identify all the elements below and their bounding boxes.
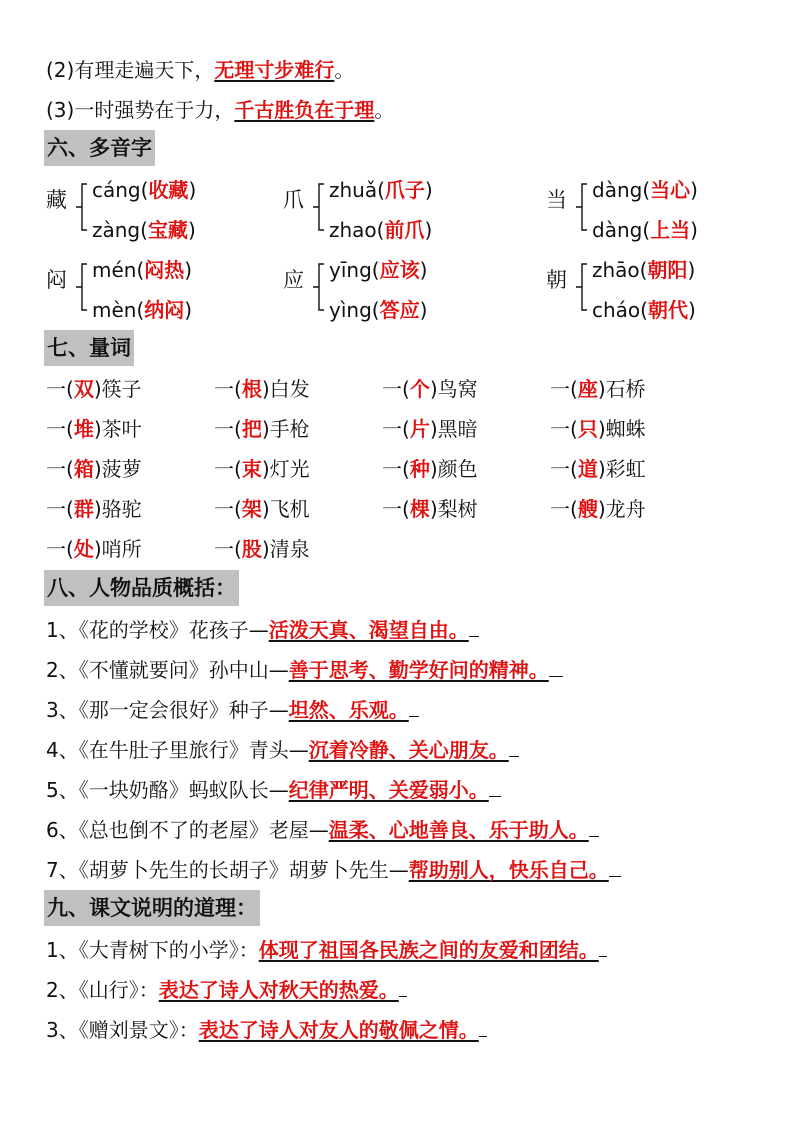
measure-word: 根 <box>242 377 262 401</box>
proverb-answer: 千古胜负在于理 <box>234 98 374 122</box>
brace-icon <box>576 182 586 234</box>
trait-item: 5、《一块奶酪》蚂蚁队长—纪律严明、关爱弱小。 <box>46 776 501 804</box>
reading-1: cáng(收藏) <box>92 176 196 204</box>
measure-word: 处 <box>74 537 94 561</box>
proverb-line-3: (3)一时强势在于力，千古胜负在于理。 <box>46 96 394 124</box>
book-title: 《花的学校》 <box>79 618 189 642</box>
section-heading-polyphones: 六、多音字 <box>44 130 155 166</box>
polyphone-item: 应yīng(应该)yìng(答应) <box>283 256 513 326</box>
brace-icon <box>576 262 586 314</box>
proverb-answer: 无理寸步难行 <box>214 58 334 82</box>
measure-word: 只 <box>578 417 598 441</box>
reading-1: dàng(当心) <box>592 176 698 204</box>
measure-word: 束 <box>242 457 262 481</box>
lesson-answer: 表达了诗人对秋天的热爱。 <box>159 978 399 1002</box>
trait-item: 2、《不懂就要问》孙中山—善于思考、勤学好问的精神。 <box>46 656 563 684</box>
reading-1: yīng(应该) <box>329 256 427 284</box>
trait-answer: 帮助别人，快乐自己。 <box>409 858 609 882</box>
measure-word-item: 一(处)哨所 <box>46 535 142 563</box>
measure-word-item: 一(只)蜘蛛 <box>550 415 646 443</box>
reading-1: zhāo(朝阳) <box>592 256 695 284</box>
book-title: 《胡萝卜先生的长胡子》 <box>79 858 289 882</box>
polyphone-item: 藏cáng(收藏)zàng(宝藏) <box>46 176 276 246</box>
brace-icon <box>76 182 86 234</box>
book-title: 《总也倒不了的老屋》 <box>79 818 269 842</box>
proverb-label: (3) <box>46 98 74 122</box>
reading-2: zhao(前爪) <box>329 216 432 244</box>
polyphone-char: 闷 <box>46 264 67 294</box>
book-title: 《在牛肚子里旅行》 <box>79 738 249 762</box>
lesson-item: 3、《赠刘景文》：表达了诗人对友人的敬佩之情。 <box>46 1016 487 1044</box>
polyphone-char: 藏 <box>46 184 67 214</box>
measure-word: 艘 <box>578 497 598 521</box>
polyphone-char: 应 <box>283 264 304 294</box>
trait-item: 4、《在牛肚子里旅行》青头—沉着冷静、关心朋友。 <box>46 736 519 764</box>
polyphone-char: 爪 <box>283 184 304 214</box>
measure-word: 双 <box>74 377 94 401</box>
book-title: 《赠刘景文》： <box>79 1018 199 1042</box>
section-heading-measure-words: 七、量词 <box>44 330 134 366</box>
polyphone-item: 朝zhāo(朝阳)cháo(朝代) <box>546 256 776 326</box>
measure-word-item: 一(艘)龙舟 <box>550 495 646 523</box>
measure-word: 群 <box>74 497 94 521</box>
polyphone-char: 当 <box>546 184 567 214</box>
measure-word-item: 一(种)颜色 <box>382 455 478 483</box>
brace-icon <box>76 262 86 314</box>
measure-word: 片 <box>410 417 430 441</box>
measure-word: 堆 <box>74 417 94 441</box>
reading-2: dàng(上当) <box>592 216 698 244</box>
polyphone-item: 闷mén(闷热)mèn(纳闷) <box>46 256 276 326</box>
trait-item: 1、《花的学校》花孩子—活泼天真、渴望自由。 <box>46 616 479 644</box>
trait-answer: 坦然、乐观。 <box>289 698 409 722</box>
measure-word-item: 一(把)手枪 <box>214 415 310 443</box>
measure-word-item: 一(群)骆驼 <box>46 495 142 523</box>
measure-word: 座 <box>578 377 598 401</box>
trait-answer: 活泼天真、渴望自由。 <box>269 618 469 642</box>
polyphone-item: 爪zhuǎ(爪子)zhao(前爪) <box>283 176 513 246</box>
trait-answer: 纪律严明、关爱弱小。 <box>289 778 489 802</box>
measure-word: 架 <box>242 497 262 521</box>
measure-word: 把 <box>242 417 262 441</box>
measure-word-item: 一(堆)茶叶 <box>46 415 142 443</box>
lesson-answer: 体现了祖国各民族之间的友爱和团结。 <box>259 938 599 962</box>
measure-word-item: 一(道)彩虹 <box>550 455 646 483</box>
book-title: 《一块奶酪》 <box>79 778 189 802</box>
measure-word-item: 一(座)石桥 <box>550 375 646 403</box>
measure-word-item: 一(根)白发 <box>214 375 310 403</box>
section-heading-lessons: 九、课文说明的道理： <box>44 890 260 926</box>
proverb-line-2: (2)有理走遍天下，无理寸步难行。 <box>46 56 354 84</box>
measure-word: 种 <box>410 457 430 481</box>
polyphone-item: 当dàng(当心)dàng(上当) <box>546 176 776 246</box>
trait-answer: 沉着冷静、关心朋友。 <box>309 738 509 762</box>
measure-word-item: 一(股)清泉 <box>214 535 310 563</box>
brace-icon <box>313 182 323 234</box>
section-heading-character-traits: 八、人物品质概括： <box>44 570 239 606</box>
measure-word: 棵 <box>410 497 430 521</box>
measure-word: 箱 <box>74 457 94 481</box>
measure-word-item: 一(个)鸟窝 <box>382 375 478 403</box>
measure-word-item: 一(片)黑暗 <box>382 415 478 443</box>
measure-word-item: 一(架)飞机 <box>214 495 310 523</box>
trait-item: 7、《胡萝卜先生的长胡子》胡萝卜先生—帮助别人，快乐自己。 <box>46 856 621 884</box>
lesson-item: 2、《山行》：表达了诗人对秋天的热爱。 <box>46 976 407 1004</box>
polyphone-char: 朝 <box>546 264 567 294</box>
measure-word: 股 <box>242 537 262 561</box>
book-title: 《不懂就要问》 <box>79 658 209 682</box>
proverb-label: (2) <box>46 58 74 82</box>
lesson-answer: 表达了诗人对友人的敬佩之情。 <box>199 1018 479 1042</box>
measure-word-item: 一(束)灯光 <box>214 455 310 483</box>
trait-answer: 温柔、心地善良、乐于助人。 <box>329 818 589 842</box>
reading-1: zhuǎ(爪子) <box>329 176 433 204</box>
trait-answer: 善于思考、勤学好问的精神。 <box>289 658 549 682</box>
lesson-item: 1、《大青树下的小学》：体现了祖国各民族之间的友爱和团结。 <box>46 936 607 964</box>
book-title: 《山行》： <box>79 978 159 1002</box>
reading-2: cháo(朝代) <box>592 296 696 324</box>
measure-word: 道 <box>578 457 598 481</box>
measure-word: 个 <box>410 377 430 401</box>
book-title: 《大青树下的小学》： <box>79 938 259 962</box>
book-title: 《那一定会很好》 <box>79 698 229 722</box>
reading-2: zàng(宝藏) <box>92 216 196 244</box>
trait-item: 3、《那一定会很好》种子—坦然、乐观。 <box>46 696 419 724</box>
measure-word-item: 一(箱)菠萝 <box>46 455 142 483</box>
trait-item: 6、《总也倒不了的老屋》老屋—温柔、心地善良、乐于助人。 <box>46 816 599 844</box>
reading-2: mèn(纳闷) <box>92 296 192 324</box>
measure-word-item: 一(棵)梨树 <box>382 495 478 523</box>
reading-1: mén(闷热) <box>92 256 192 284</box>
reading-2: yìng(答应) <box>329 296 427 324</box>
brace-icon <box>313 262 323 314</box>
measure-word-item: 一(双)筷子 <box>46 375 142 403</box>
